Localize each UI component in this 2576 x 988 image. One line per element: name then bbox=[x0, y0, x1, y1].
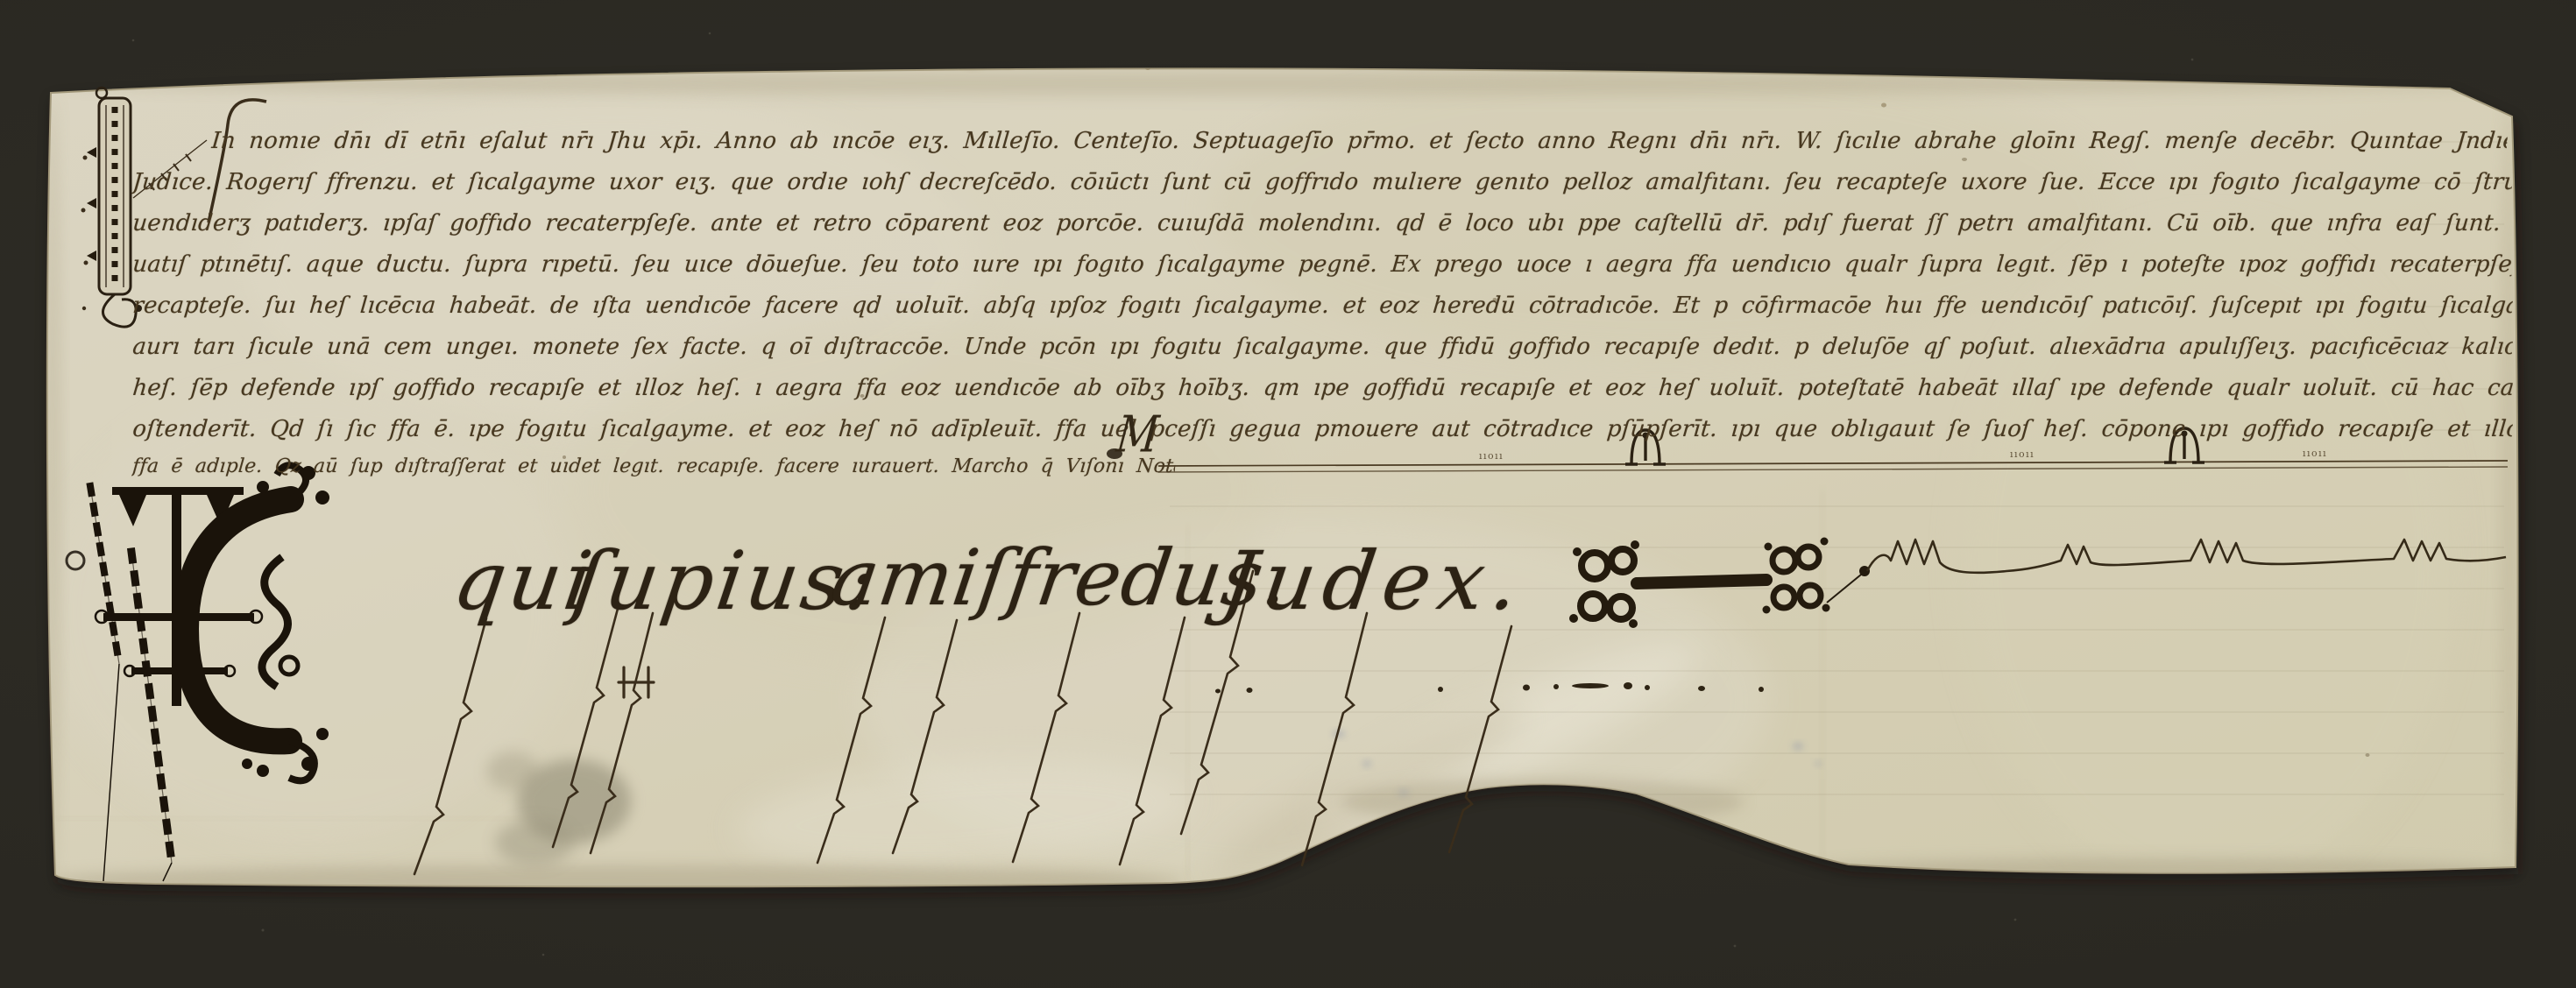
charter-text-block: In nomıe dn̄ı dī etn̄ı eſalut nr̄ı Jhu x… bbox=[0, 0, 2576, 988]
charter-text-line: Judıce. Rogerıſ ffrenzu. et ſıcalgayme u… bbox=[131, 169, 2514, 196]
signature-tick-mark: ııoıı bbox=[1479, 450, 1504, 462]
charter-text-line: aurı tarı ſıcule unā cem ungeı. monete ſ… bbox=[131, 334, 2514, 361]
signature-tick-mark: ııoıı bbox=[2010, 448, 2035, 460]
charter-text-line: uatıſ ptınētıſ. aque ductu. ſupra rıpetū… bbox=[131, 251, 2514, 279]
signature-tick-mark: ııoıı bbox=[2303, 448, 2327, 459]
charter-text-line: oſtenderīt. Qd ſı ſıc ffa ē. ıpe fogıtu … bbox=[131, 416, 2514, 443]
charter-text-line: In nomıe dn̄ı dī etn̄ı eſalut nr̄ı Jhu x… bbox=[210, 128, 2509, 155]
charter-text-line: heſ. ſēp defende ıpſ goffıdo recapıſe et… bbox=[131, 375, 2514, 402]
charter-text-line: ffa ē adıple. Qz aū ſup dıſtraſſerat et … bbox=[131, 455, 1176, 478]
charter-text-line: uendıderʒ patıderʒ. ıpſaſ goffıdo recate… bbox=[131, 210, 2514, 237]
charter-text-line: recapteſe. ſuı heſ lıcēcıa habeāt. de ıſ… bbox=[131, 293, 2514, 320]
charter-photo: In nomıe dn̄ı dī etn̄ı eſalut nr̄ı Jhu x… bbox=[0, 0, 2576, 988]
display-word: Judex. bbox=[1218, 541, 1532, 622]
notary-monogram: M bbox=[1115, 409, 1161, 460]
